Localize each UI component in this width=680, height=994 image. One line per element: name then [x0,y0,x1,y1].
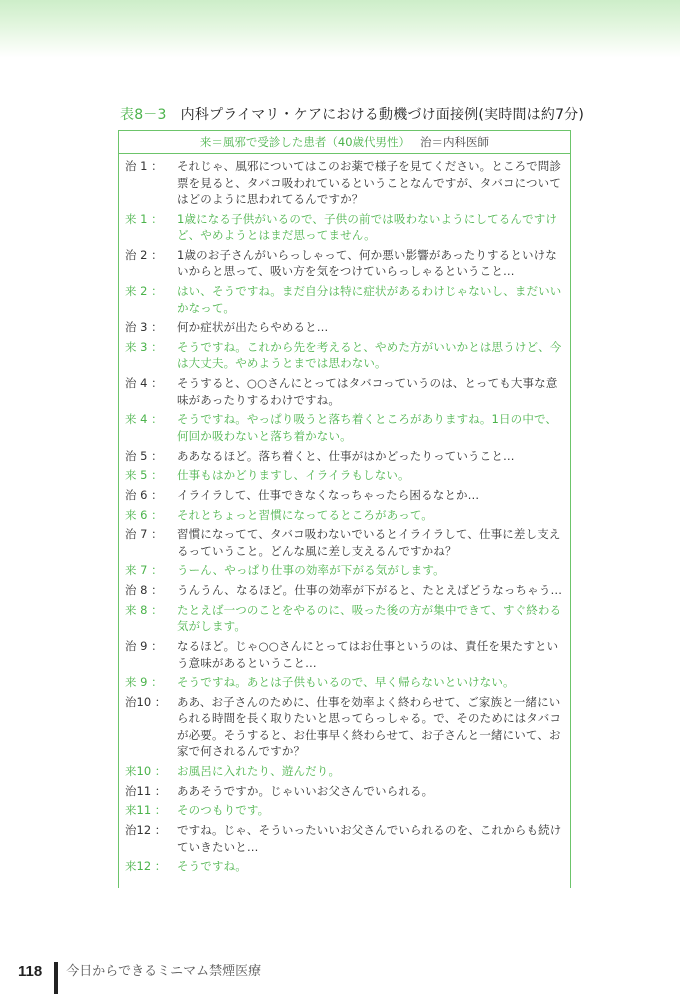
dialogue-row: 治 7 ：習慣になってて、タバコ吸わないでいるとイライラして、仕事に差し支えるっ… [125,526,564,559]
patient-definition: 来＝風邪で受診した患者（40歳代男性） [200,135,410,149]
dialogue-row: 治 1 ：それじゃ、風邪についてはこのお薬で様子を見てください。ところで問診票を… [125,158,564,208]
page-footer: 118 今日からできるミニマム禁煙医療 [18,962,261,992]
speaker-label: 治 6 ： [125,487,177,504]
dialogue-row: 来 7 ：うーん、やっぱり仕事の効率が下がる気がします。 [125,562,564,579]
dialogue-row: 治10 ：ああ、お子さんのために、仕事を効率よく終わらせて、ご家族と一緒にいられ… [125,694,564,760]
page-top-gradient [0,0,680,58]
speaker-label: 治 1 ： [125,158,177,208]
utterance-text: 仕事もはかどりますし、イライラもしない。 [177,467,564,484]
speaker-label: 来 3 ： [125,339,177,372]
dialogue-row: 治 4 ：そうすると、○○さんにとってはタバコっていうのは、とっても大事な意味が… [125,375,564,408]
utterance-text: そうすると、○○さんにとってはタバコっていうのは、とっても大事な意味があったりす… [177,375,564,408]
speaker-label: 来11 ： [125,802,177,819]
utterance-text: そうですね。やっぱり吸うと落ち着くところがありますね。1日の中で、何回か吸わない… [177,411,564,444]
table-title: 内科プライマリ・ケアにおける動機づけ面接例(実時間は約7分) [181,107,584,123]
speaker-label: 治 2 ： [125,247,177,280]
speaker-label: 来 4 ： [125,411,177,444]
utterance-text: そのつもりです。 [177,802,564,819]
speaker-label: 来12 ： [125,858,177,875]
speaker-label: 治 3 ： [125,319,177,336]
dialogue-row: 治 9 ：なるほど。じゃ○○さんにとってはお仕事というのは、責任を果たすという意… [125,638,564,671]
utterance-text: イライラして、仕事できなくなっちゃったら困るなとか… [177,487,564,504]
dialogue-row: 来12 ：そうですね。 [125,858,564,875]
utterance-text: ああそうですか。じゃいいお父さんでいられる。 [177,783,564,800]
speaker-label: 来 9 ： [125,674,177,691]
speaker-label: 治 9 ： [125,638,177,671]
dialogue-row: 来 4 ：そうですね。やっぱり吸うと落ち着くところがありますね。1日の中で、何回… [125,411,564,444]
utterance-text: お風呂に入れたり、遊んだり。 [177,763,564,780]
speaker-label: 治 4 ： [125,375,177,408]
utterance-text: ああなるほど。落ち着くと、仕事がはかどったりっていうこと… [177,448,564,465]
speaker-label: 来 5 ： [125,467,177,484]
utterance-text: 1歳になる子供がいるので、子供の前では吸わないようにしてるんですけど、やめようと… [177,211,564,244]
dialogue-row: 来 3 ：そうですね。これから先を考えると、やめた方がいいかとは思うけど、今は大… [125,339,564,372]
dialogue-row: 来 2 ：はい、そうですね。まだ自分は特に症状があるわけじゃないし、まだいいかな… [125,283,564,316]
dialogue-row: 来 8 ：たとえば一つのことをやるのに、吸った後の方が集中できて、すぐ終わる気が… [125,602,564,635]
utterance-text: なるほど。じゃ○○さんにとってはお仕事というのは、責任を果たすという意味があると… [177,638,564,671]
page-number: 118 [18,962,42,982]
speaker-label: 治 7 ： [125,526,177,559]
dialogue-row: 来 9 ：そうですね。あとは子供もいるので、早く帰らないといけない。 [125,674,564,691]
table-caption: 表8－3内科プライマリ・ケアにおける動機づけ面接例(実時間は約7分) [120,106,590,124]
utterance-text: そうですね。これから先を考えると、やめた方がいいかとは思うけど、今は大丈夫。やめ… [177,339,564,372]
utterance-text: それじゃ、風邪についてはこのお薬で様子を見てください。ところで問診票を見ると、タ… [177,158,564,208]
dialogue-row: 治 2 ：1歳のお子さんがいらっしゃって、何か悪い影響があったりするといけないか… [125,247,564,280]
speaker-label: 来 8 ： [125,602,177,635]
utterance-text: はい、そうですね。まだ自分は特に症状があるわけじゃないし、まだいいかなって。 [177,283,564,316]
dialogue-row: 治 5 ：ああなるほど。落ち着くと、仕事がはかどったりっていうこと… [125,448,564,465]
doctor-definition: 治＝内科医師 [420,135,489,149]
utterance-text: それとちょっと習慣になってるところがあって。 [177,507,564,524]
footer-divider [54,962,58,994]
speaker-label: 来10 ： [125,763,177,780]
dialogue-row: 治11 ：ああそうですか。じゃいいお父さんでいられる。 [125,783,564,800]
utterance-text: 1歳のお子さんがいらっしゃって、何か悪い影響があったりするといけないからと思って… [177,247,564,280]
dialogue-row: 治 6 ：イライラして、仕事できなくなっちゃったら困るなとか… [125,487,564,504]
utterance-text: ああ、お子さんのために、仕事を効率よく終わらせて、ご家族と一緒にいられる時間を長… [177,694,564,760]
table-legend: 来＝風邪で受診した患者（40歳代男性）治＝内科医師 [119,131,570,154]
speaker-label: 来 7 ： [125,562,177,579]
table-number: 表8－3 [120,107,167,123]
speaker-label: 治11 ： [125,783,177,800]
utterance-text: うんうん、なるほど。仕事の効率が下がると、たとえばどうなっちゃう… [177,582,564,599]
dialogue-row: 来10 ：お風呂に入れたり、遊んだり。 [125,763,564,780]
speaker-label: 治12 ： [125,822,177,855]
dialogue-row: 治 8 ：うんうん、なるほど。仕事の効率が下がると、たとえばどうなっちゃう… [125,582,564,599]
speaker-label: 治10 ： [125,694,177,760]
utterance-text: たとえば一つのことをやるのに、吸った後の方が集中できて、すぐ終わる気がします。 [177,602,564,635]
speaker-label: 来 6 ： [125,507,177,524]
dialogue-row: 来11 ：そのつもりです。 [125,802,564,819]
dialogue-row: 来 5 ：仕事もはかどりますし、イライラもしない。 [125,467,564,484]
dialogue-row: 治 3 ：何か症状が出たらやめると… [125,319,564,336]
utterance-text: うーん、やっぱり仕事の効率が下がる気がします。 [177,562,564,579]
dialogue-row: 来 1 ：1歳になる子供がいるので、子供の前では吸わないようにしてるんですけど、… [125,211,564,244]
dialogue-list: 治 1 ：それじゃ、風邪についてはこのお薬で様子を見てください。ところで問診票を… [119,154,570,875]
dialogue-table: 来＝風邪で受診した患者（40歳代男性）治＝内科医師 治 1 ：それじゃ、風邪につ… [118,130,571,888]
book-title: 今日からできるミニマム禁煙医療 [66,962,261,982]
utterance-text: そうですね。 [177,858,564,875]
utterance-text: 何か症状が出たらやめると… [177,319,564,336]
utterance-text: 習慣になってて、タバコ吸わないでいるとイライラして、仕事に差し支えるっていうこと… [177,526,564,559]
utterance-text: ですね。じゃ、そういったいいお父さんでいられるのを、これからも続けていきたいと… [177,822,564,855]
utterance-text: そうですね。あとは子供もいるので、早く帰らないといけない。 [177,674,564,691]
dialogue-row: 治12 ：ですね。じゃ、そういったいいお父さんでいられるのを、これからも続けてい… [125,822,564,855]
speaker-label: 治 8 ： [125,582,177,599]
speaker-label: 来 1 ： [125,211,177,244]
dialogue-row: 来 6 ：それとちょっと習慣になってるところがあって。 [125,507,564,524]
speaker-label: 治 5 ： [125,448,177,465]
speaker-label: 来 2 ： [125,283,177,316]
